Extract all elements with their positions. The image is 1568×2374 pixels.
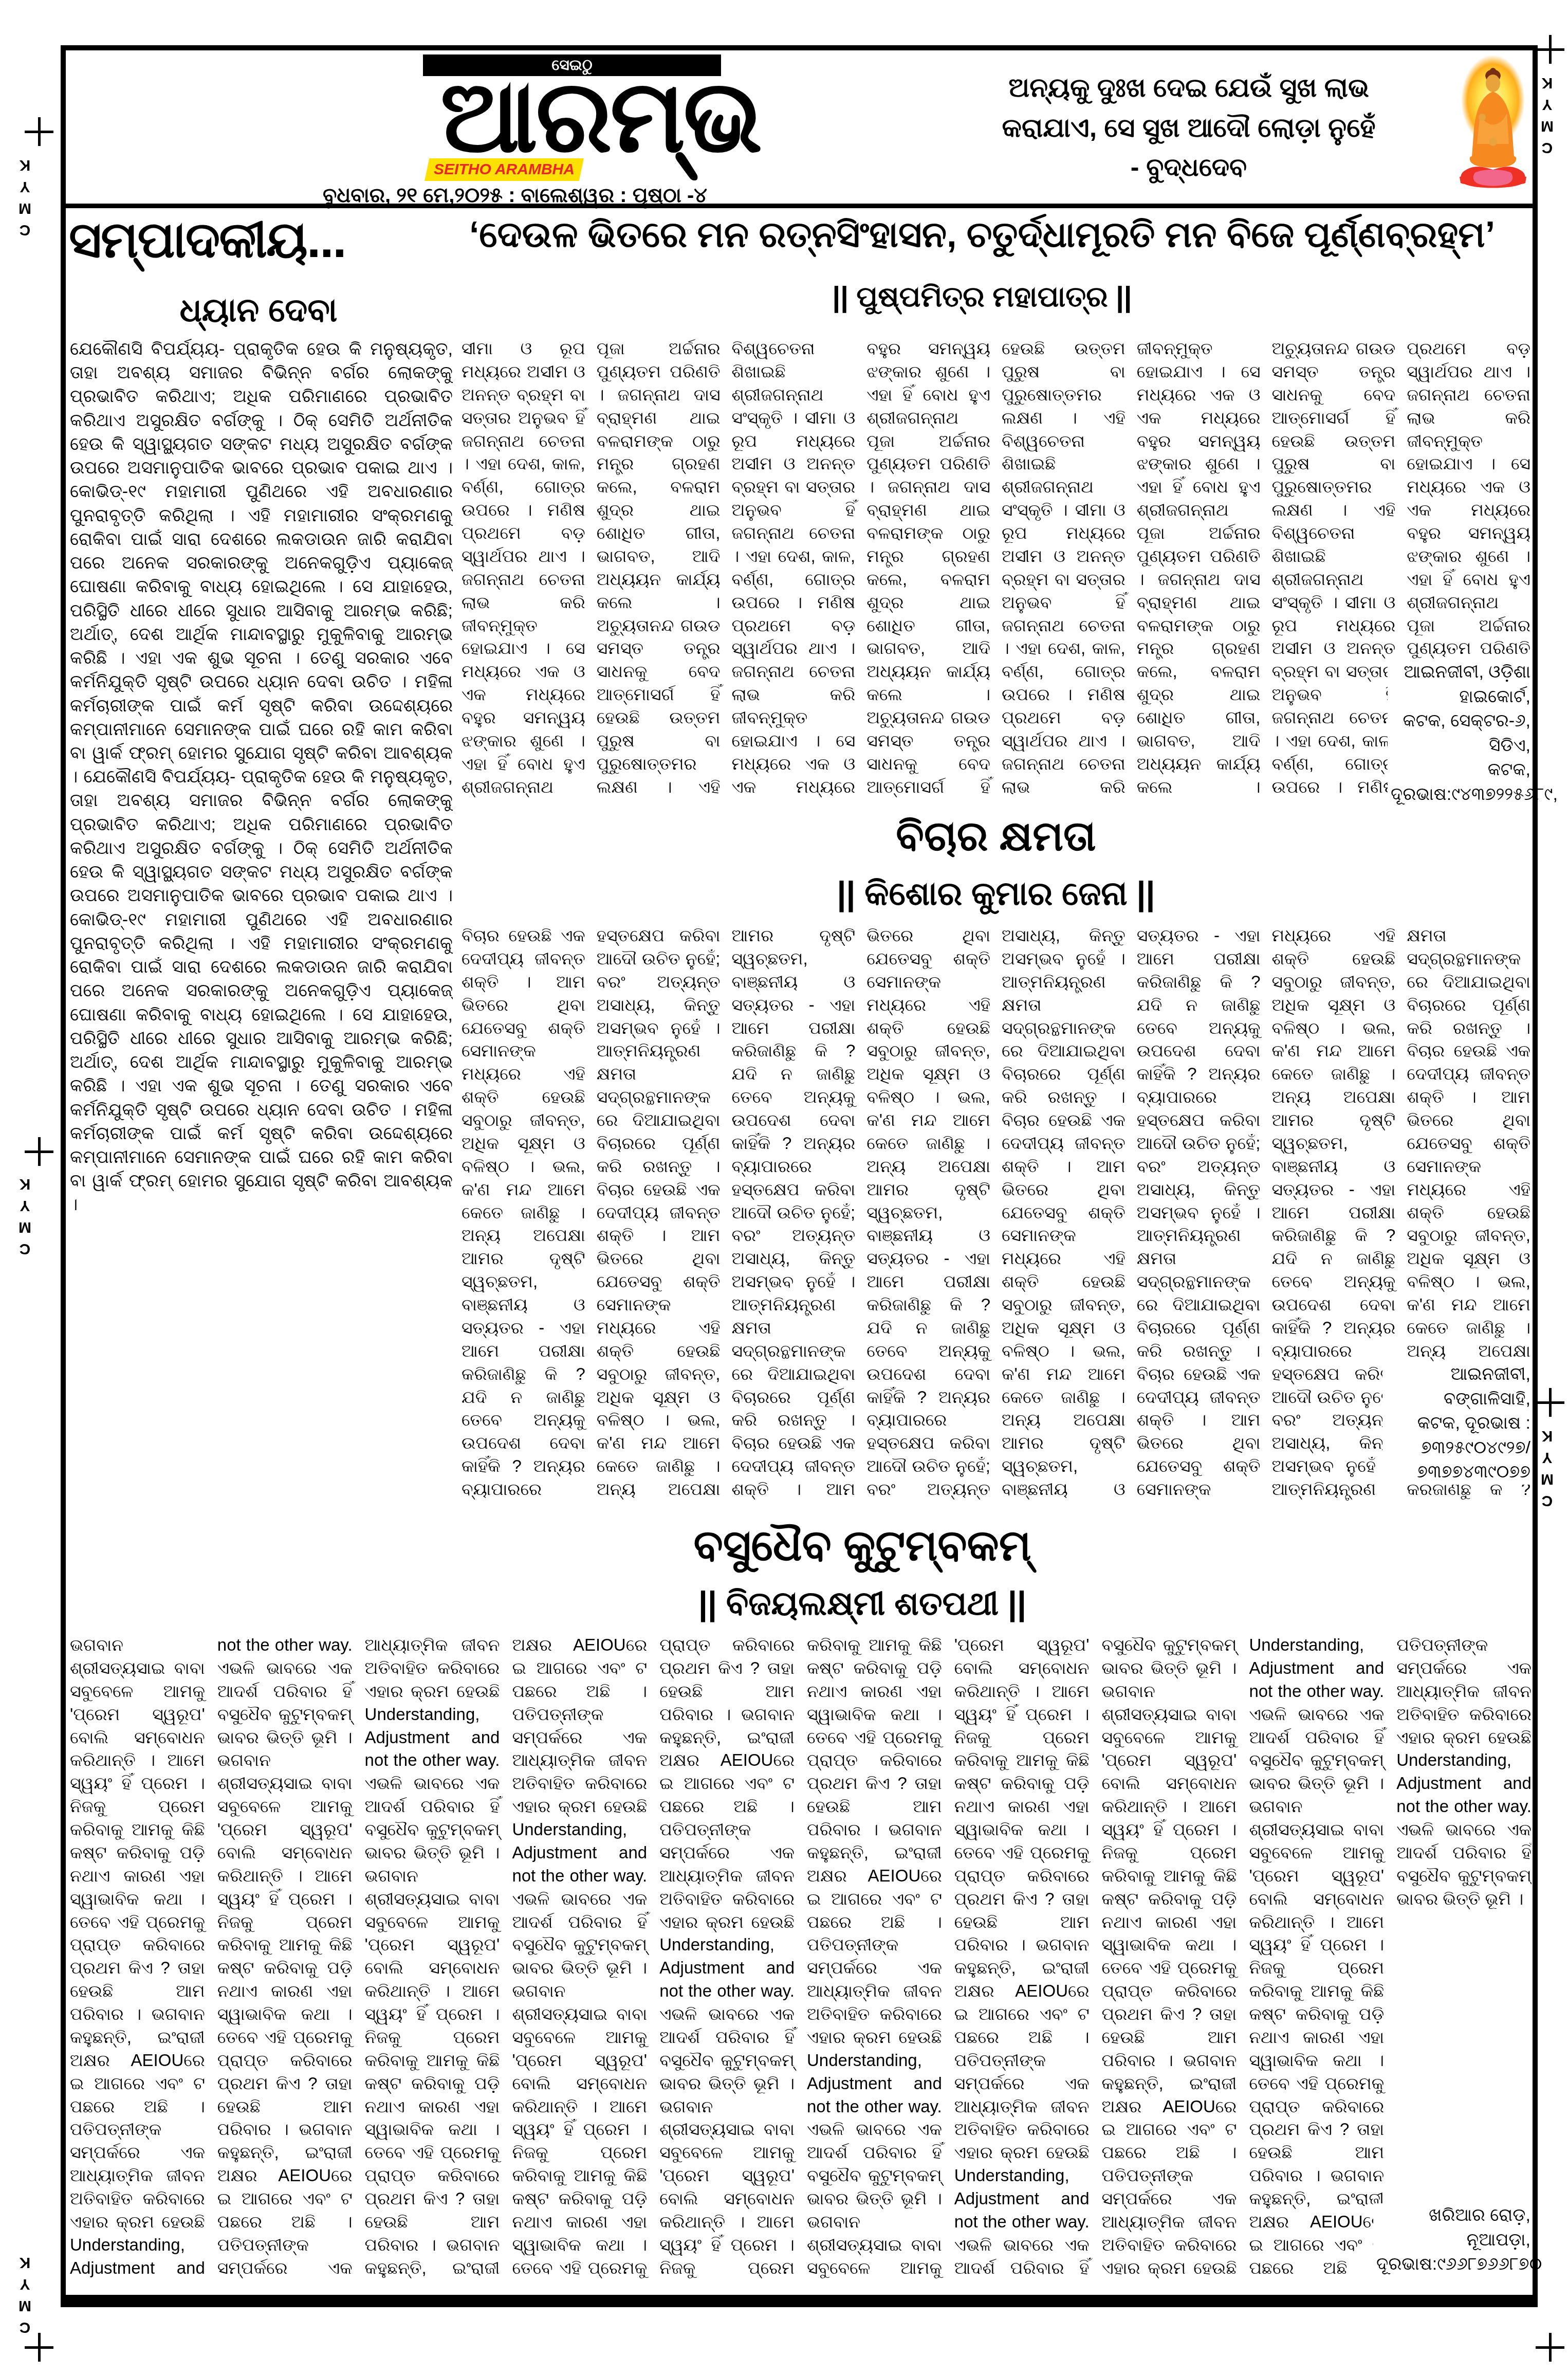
cmyk-letter: M bbox=[1541, 1468, 1554, 1490]
article2-signature: ଆଇନଜୀବୀ, ବଙ୍ଗାଳିସାହି,କଟକ, ଦୂରଭାଷ :୭୩୨୫୯୦… bbox=[1382, 1362, 1530, 1485]
cmyk-letter: Y bbox=[1541, 94, 1554, 115]
quote-line: ଅନ୍ୟକୁ ଦୁଃଖ ଦେଇ ଯେଉଁ ସୁଖ ଲାଭ bbox=[929, 68, 1448, 108]
cmyk-letter: C bbox=[19, 219, 31, 241]
article1-byline: || ପୁଷ୍ପମିତ୍ର ମହାପାତ୍ର || bbox=[434, 280, 1530, 314]
article3-body: ଭଗବାନ ଶ୍ରୀସତ୍ୟସାଇ ବାବା ସବୁବେଳେ ଆମକୁ 'ପ୍ର… bbox=[70, 1634, 1532, 2296]
cmyk-mark: C M Y K bbox=[1541, 1425, 1554, 1511]
article2-headline: ବିଚାର କ୍ଷମତା bbox=[462, 813, 1530, 861]
cmyk-letter: K bbox=[19, 1173, 31, 1195]
cmyk-letter: M bbox=[19, 2295, 31, 2316]
cmyk-letter: C bbox=[1541, 137, 1554, 158]
article1-headline: ‘ଦେଉଳ ଭିତରେ ମନ ରତ୍ନସିଂହାସନ, ଚତୁର୍ଦ୍ଧାମୂର… bbox=[434, 215, 1530, 254]
cmyk-mark: C M Y K bbox=[19, 1173, 31, 1259]
editorial-body: ଯେକୌଣସି ବିପର୍ଯ୍ୟୟ- ପ୍ରାକୃତିକ ହେଉ କି ମନୁଷ… bbox=[70, 337, 453, 1494]
cmyk-letter: M bbox=[1541, 115, 1554, 137]
cmyk-letter: K bbox=[19, 154, 31, 176]
quote-attribution: - ବୁଦ୍ଧଦେବ bbox=[929, 148, 1448, 187]
page-frame: ସେଇଠୁ ଆରମ୍ଭ SEITHO ARAMBHA ବୁଧବାର, ୨୧ ମେ… bbox=[61, 45, 1538, 2307]
registration-cross bbox=[25, 1137, 53, 1166]
article2-body: ବିଚାର ହେଉଛି ଏକ ଦେଦୀପ୍ୟ ଜୀବନ୍ତ ଶକ୍ତି । ଆମ… bbox=[462, 924, 1530, 1510]
buddha-on-lotus-icon bbox=[1449, 51, 1537, 202]
cmyk-letter: M bbox=[19, 1216, 31, 1238]
cmyk-letter: M bbox=[19, 197, 31, 219]
article2-byline: || କିଶୋର କୁମାର ଜେନା || bbox=[462, 874, 1530, 913]
cmyk-letter: C bbox=[19, 1238, 31, 1259]
masthead-logo: ଆରମ୍ଭ bbox=[402, 64, 798, 170]
buddha-illustration bbox=[1449, 51, 1537, 202]
page-content: ସେଇଠୁ ଆରମ୍ଭ SEITHO ARAMBHA ବୁଧବାର, ୨୧ ମେ… bbox=[66, 50, 1533, 2295]
cmyk-letter: C bbox=[1541, 1490, 1554, 1511]
cmyk-letter: K bbox=[1541, 72, 1554, 94]
registration-cross bbox=[1536, 2333, 1564, 2362]
newspaper-page: C M Y K C M Y K C M Y K C M Y K C M Y K … bbox=[0, 0, 1568, 2374]
registration-cross bbox=[1536, 35, 1564, 64]
article3-signature: ଖରିଆର ରୋଡ଼, ନୂଆପଡ଼ା,ଦୂରଭାଷ:୯୬୬୮୭୬୬୮୭୦ bbox=[1373, 2203, 1530, 2277]
cmyk-letter: K bbox=[1541, 1425, 1554, 1447]
cmyk-mark: C M Y K bbox=[1541, 72, 1554, 158]
article3-headline: ବସୁଧୈବ କୁଟୁମ୍ବକମ୍ bbox=[323, 1521, 1402, 1571]
masthead-divider bbox=[61, 204, 1538, 208]
registration-cross bbox=[1536, 1388, 1564, 1417]
cmyk-letter: K bbox=[19, 2252, 31, 2273]
cmyk-mark: C M Y K bbox=[19, 154, 31, 241]
quote-line: କରାଯାଏ, ସେ ସୁଖ ଆଦୌ ଲୋଡ଼ା ନୁହେଁ bbox=[929, 108, 1448, 148]
cmyk-letter: Y bbox=[19, 1195, 31, 1216]
masthead-quote: ଅନ୍ୟକୁ ଦୁଃଖ ଦେଇ ଯେଉଁ ସୁଖ ଲାଭ କରାଯାଏ, ସେ … bbox=[929, 68, 1448, 187]
masthead-badge: SEITHO ARAMBHA bbox=[425, 158, 584, 181]
editorial-title: ଧ୍ୟାନ ଦେବା bbox=[97, 291, 420, 330]
cmyk-letter: Y bbox=[1541, 1447, 1554, 1468]
registration-cross bbox=[25, 117, 53, 146]
editorial-section-title: ସମ୍ପାଦକୀୟ... bbox=[69, 211, 453, 270]
article1-body: ସୀମା ଓ ରୂପ ମଧ୍ୟରେ ଅସୀମ ଓ ଅନନ୍ତ ବ୍ରହ୍ମ ବା… bbox=[462, 337, 1530, 806]
cmyk-letter: C bbox=[19, 2316, 31, 2338]
article3-byline: || ବିଜୟଲକ୍ଷ୍ମୀ ଶତପଥୀ || bbox=[323, 1584, 1402, 1623]
article1-signature: ଆଇନଜୀବୀ, ଓଡ଼ିଶା ହାଇକୋର୍ଟ,କଟକ, ସେକ୍ଟର-୬, … bbox=[1388, 660, 1530, 807]
cmyk-mark: C M Y K bbox=[19, 2252, 31, 2338]
cmyk-letter: Y bbox=[19, 2273, 31, 2295]
cmyk-letter: Y bbox=[19, 176, 31, 197]
